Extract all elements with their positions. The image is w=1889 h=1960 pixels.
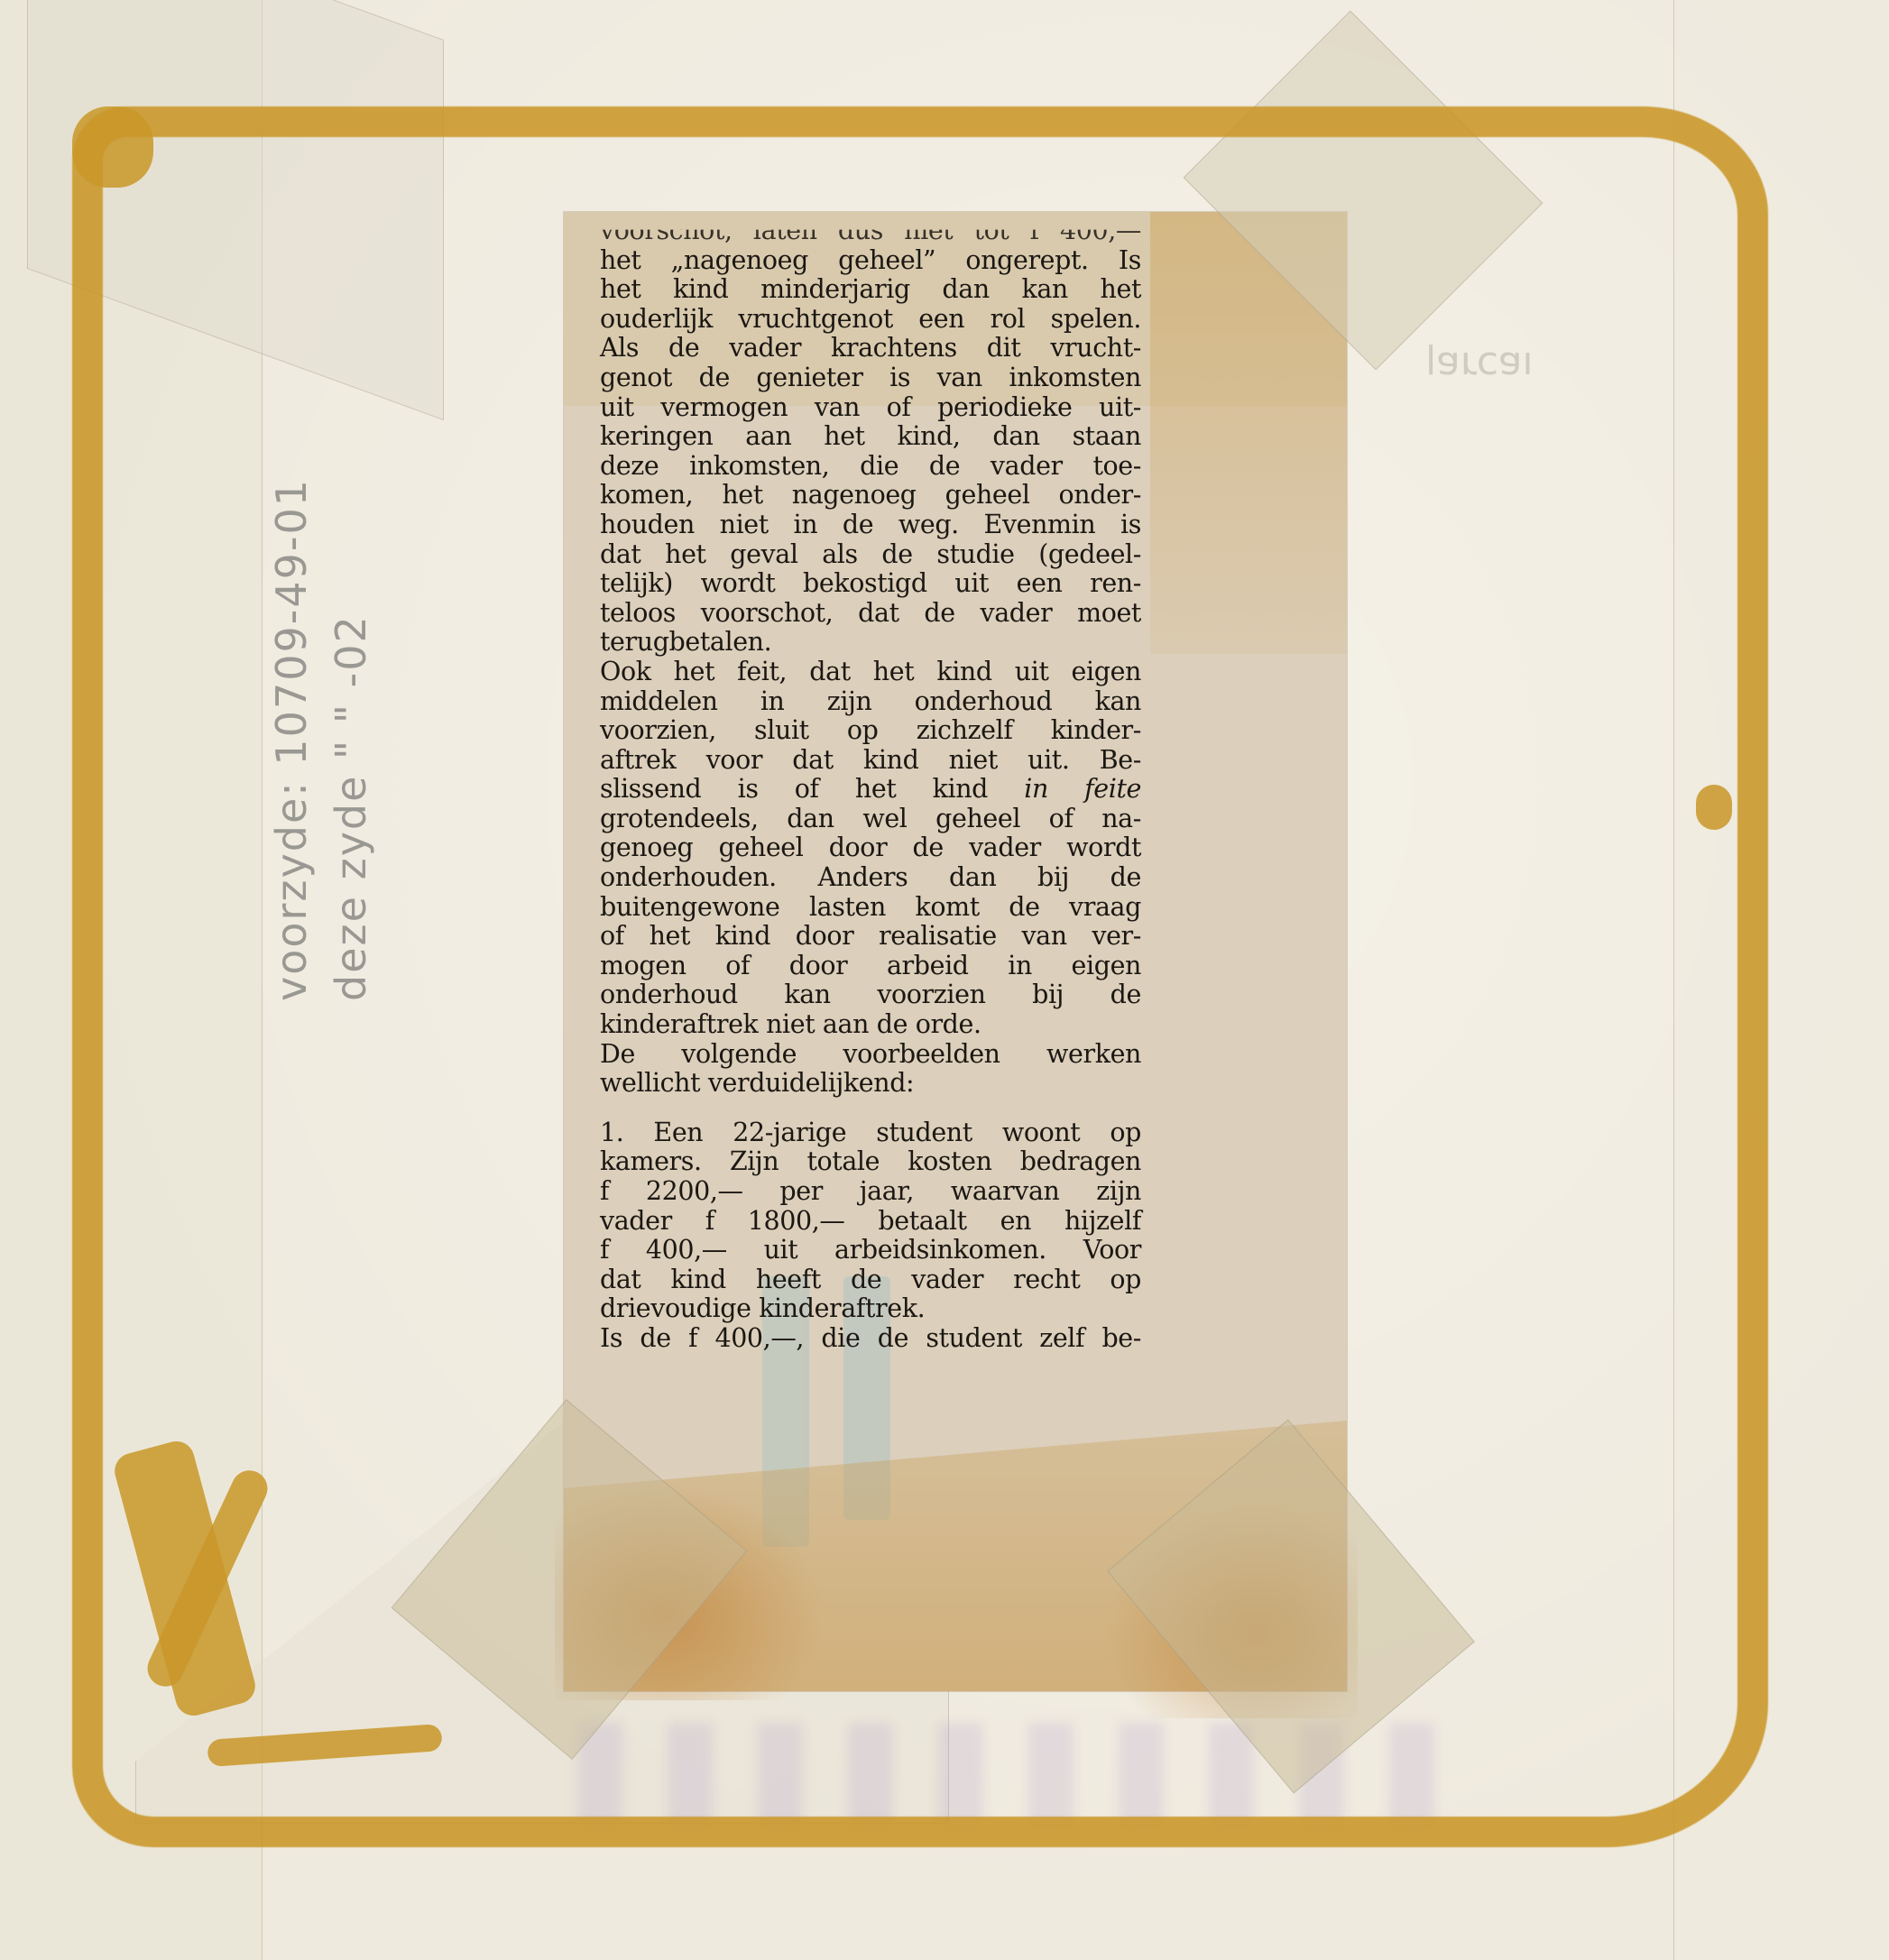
glue-blob-top-left [72, 106, 153, 188]
handwriting-line-2: deze zyde " " -02 [321, 478, 381, 1001]
glue-blob-right [1696, 785, 1732, 830]
pencil-handwriting: voorzyde: 10709-49-01 deze zyde " " -02 [262, 478, 381, 1001]
handwriting-line-1: voorzyde: 10709-49-01 [262, 478, 321, 1001]
